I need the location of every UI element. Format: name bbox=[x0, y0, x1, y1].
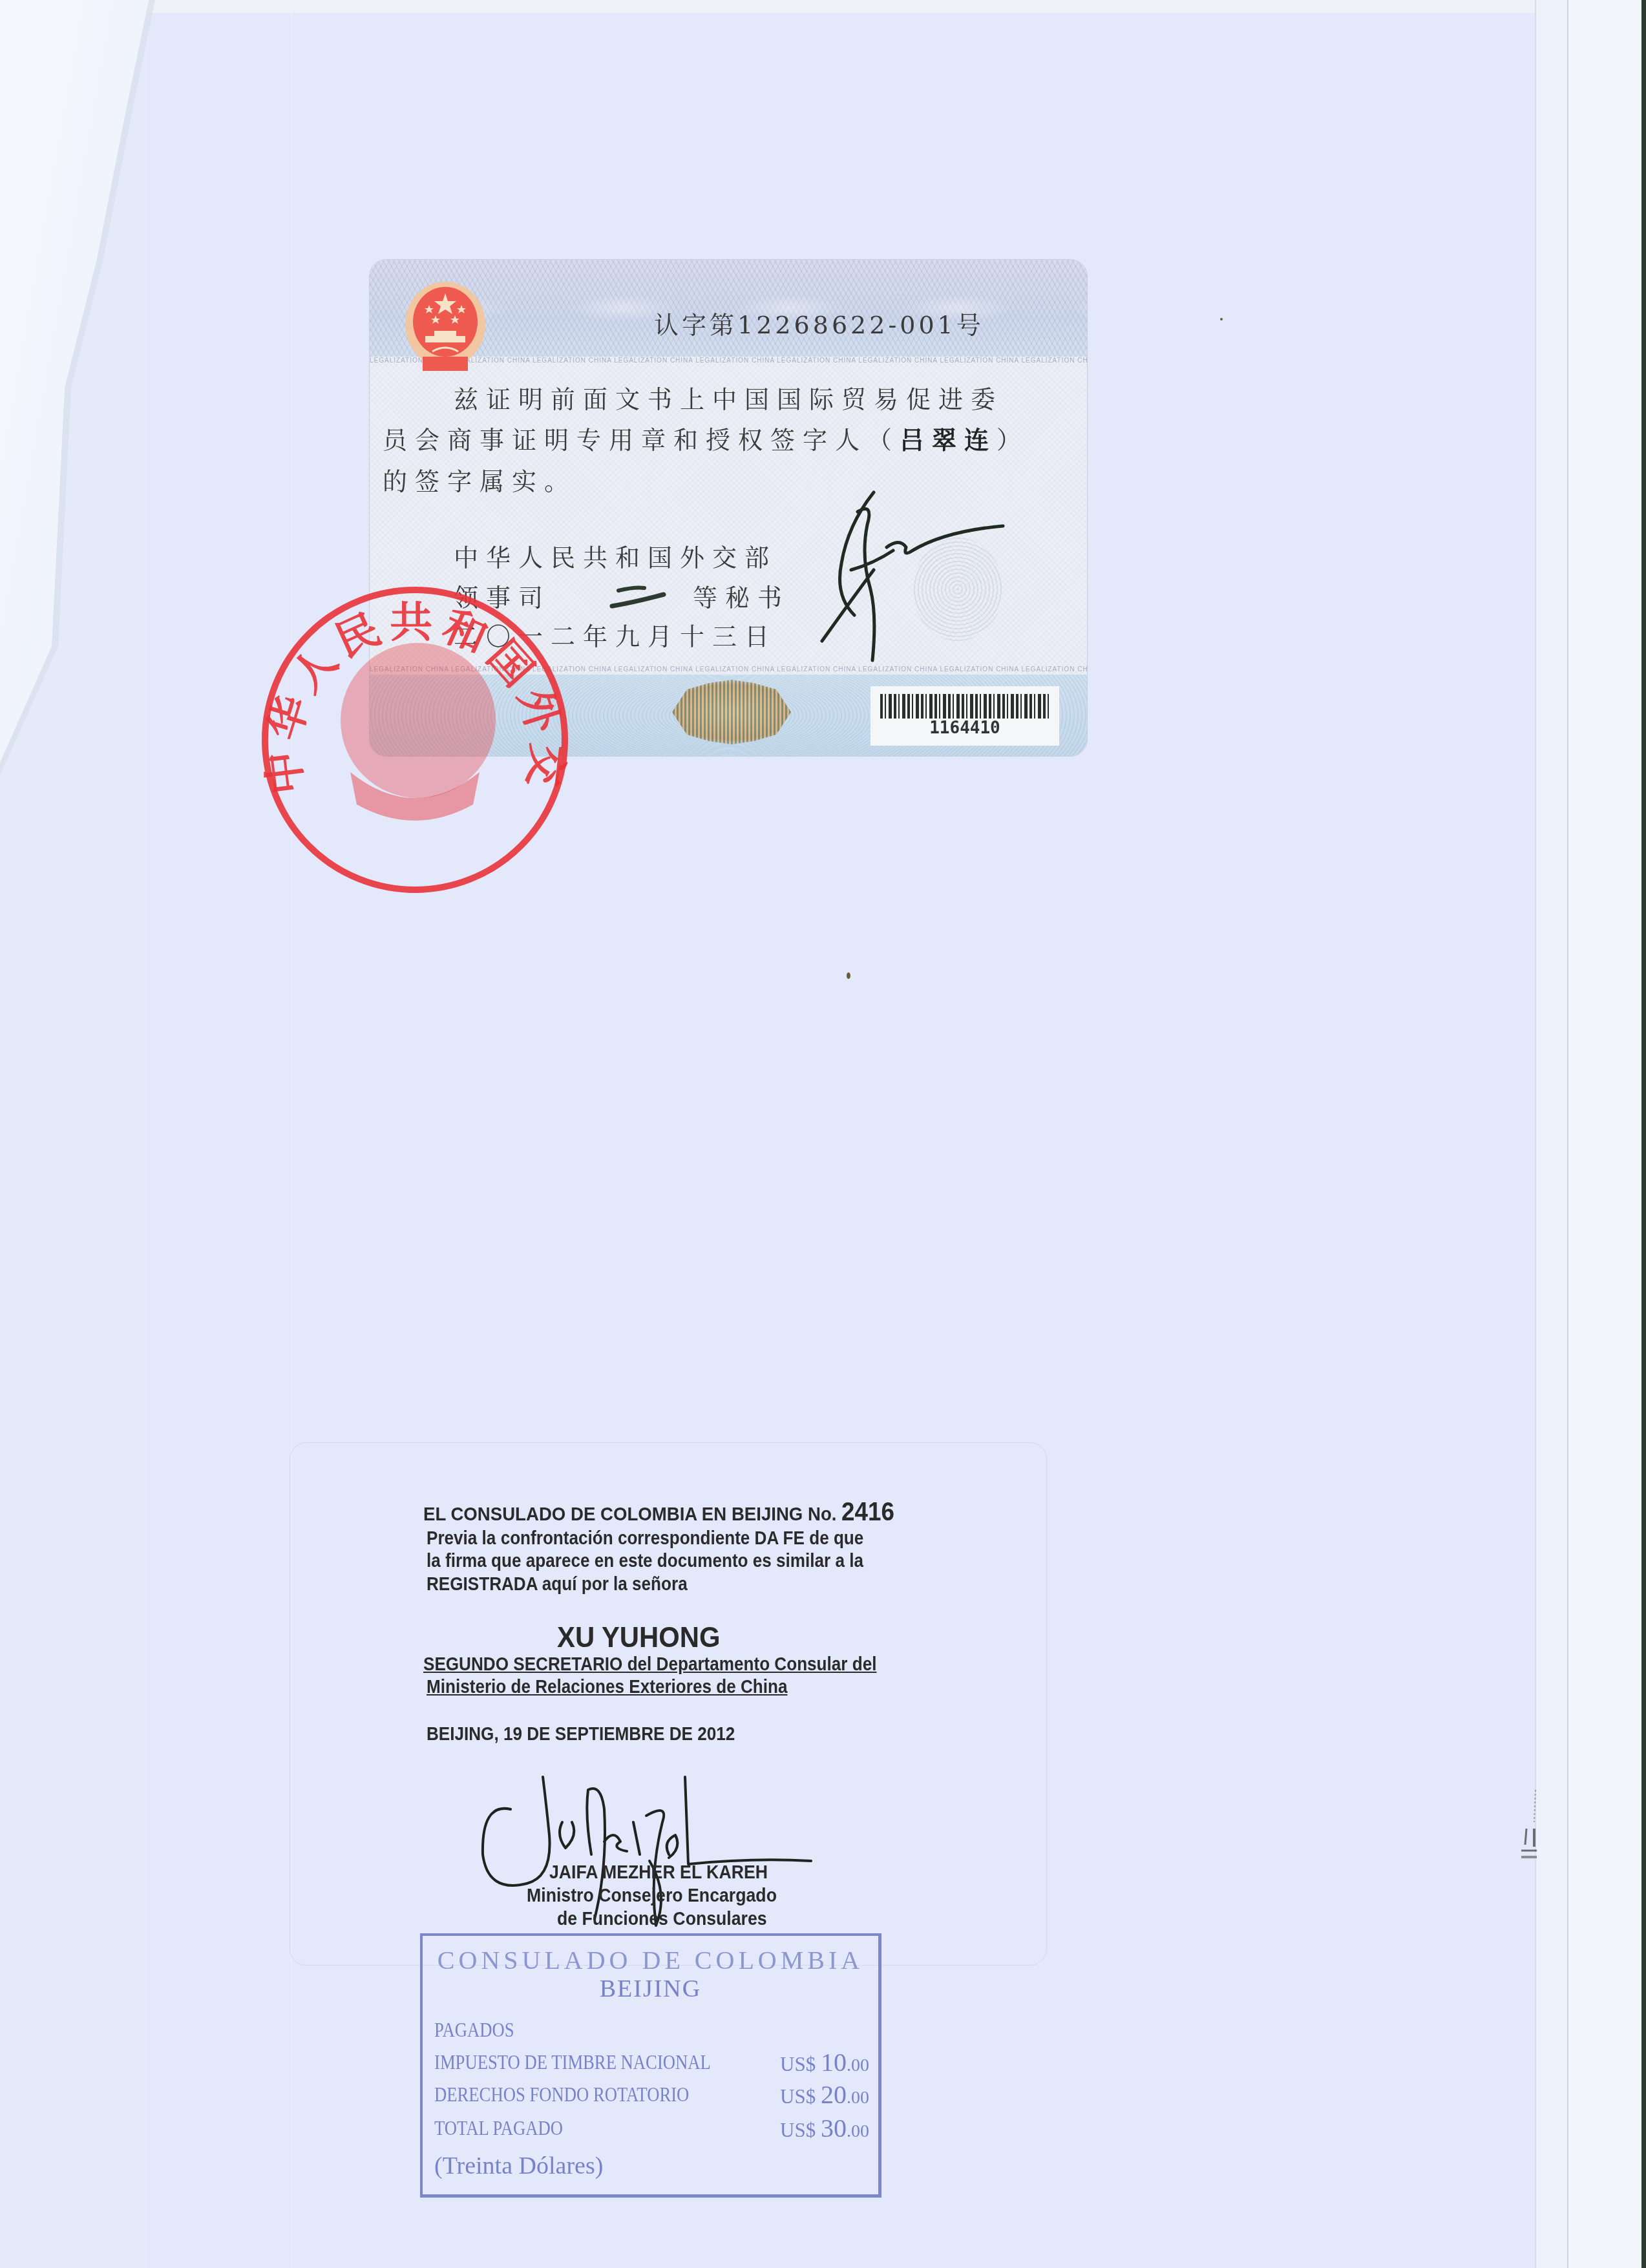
amount: 10 bbox=[821, 2048, 847, 2077]
edge-stamp-fragment bbox=[1517, 1783, 1537, 1861]
consul-title-line-1: Ministro Consejero Encargado bbox=[527, 1885, 777, 1907]
barcode-number: 1164410 bbox=[870, 719, 1059, 738]
currency: US$ bbox=[780, 2053, 816, 2075]
scanner-edge bbox=[1641, 0, 1646, 2268]
barcode-label: 1164410 bbox=[870, 686, 1059, 746]
cents: .00 bbox=[847, 2121, 869, 2141]
fee-row-amount: US$ 20.00 bbox=[780, 2079, 869, 2110]
certification-line-1: 兹证明前面文书上中国国际贸易促进委 bbox=[454, 379, 1003, 415]
official-rank: 等秘书 bbox=[693, 578, 790, 613]
consulate-header-text: EL CONSULADO DE COLOMBIA EN BEIJING No. bbox=[423, 1504, 836, 1525]
handwritten-rank-mark bbox=[609, 583, 667, 612]
certification-line-2: 员会商事证明专用章和授权签字人（吕翠连） bbox=[383, 420, 1029, 456]
signatory-name: 吕翠连 bbox=[900, 426, 997, 454]
fee-row-label: DERECHOS FONDO ROTATORIO bbox=[434, 2083, 689, 2106]
folded-page-corner bbox=[0, 0, 155, 775]
scan-speck bbox=[847, 972, 850, 979]
currency: US$ bbox=[780, 2085, 816, 2108]
scanner-background bbox=[0, 0, 1646, 14]
attestation-line-2: la firma que aparece en este documento e… bbox=[427, 1551, 863, 1572]
stamp-consulate-title: CONSULADO DE COLOMBIA bbox=[423, 1945, 878, 1975]
certification-line-3: 的签字属实。 bbox=[383, 461, 576, 497]
ministry-name: 中华人民共和国外交部 bbox=[454, 538, 777, 573]
attestation-line-3: REGISTRADA aquí por la señora bbox=[427, 1574, 688, 1595]
consulate-header: EL CONSULADO DE COLOMBIA EN BEIJING No. … bbox=[423, 1498, 894, 1527]
payment-stamp: CONSULADO DE COLOMBIA BEIJING PAGADOS IM… bbox=[420, 1933, 881, 2198]
official-title-line-1: SEGUNDO SECRETARIO del Departamento Cons… bbox=[423, 1654, 876, 1675]
fee-row-amount: US$ 10.00 bbox=[780, 2047, 869, 2077]
amount: 30 bbox=[821, 2114, 847, 2143]
underlying-page-edge bbox=[1535, 0, 1572, 2268]
place-and-date: BEIJING, 19 DE SEPTIEMBRE DE 2012 bbox=[427, 1724, 735, 1745]
close-paren: ） bbox=[997, 426, 1029, 454]
registered-official-name: XU YUHONG bbox=[557, 1622, 720, 1654]
stamp-paid-label: PAGADOS bbox=[434, 2019, 514, 2042]
total-row-amount: US$ 30.00 bbox=[780, 2113, 869, 2143]
cents: .00 bbox=[847, 2055, 869, 2075]
total-row-label: TOTAL PAGADO bbox=[434, 2117, 563, 2140]
currency: US$ bbox=[780, 2119, 816, 2141]
consul-title-line-2: de Funciones Consulares bbox=[557, 1909, 767, 1930]
amount: 20 bbox=[821, 2080, 847, 2109]
ministry-red-seal: 中华人民共和国外交部领事司 bbox=[253, 578, 576, 901]
scan-speck bbox=[1220, 318, 1223, 320]
legalization-number: 2416 bbox=[841, 1498, 894, 1526]
fee-row-label: IMPUESTO DE TIMBRE NACIONAL bbox=[434, 2051, 711, 2074]
national-emblem-icon bbox=[397, 274, 494, 377]
stamp-city: BEIJING bbox=[423, 1975, 878, 2003]
underlying-page-edge-2 bbox=[1567, 0, 1643, 2268]
attestation-line-1: Previa la confrontación correspondiente … bbox=[427, 1528, 863, 1549]
certificate-number: 认字第12268622-001号 bbox=[654, 305, 984, 341]
amount-in-words: (Treinta Dólares) bbox=[434, 2152, 603, 2180]
cents: .00 bbox=[847, 2088, 869, 2108]
barcode-icon bbox=[880, 694, 1050, 719]
official-title-line-2: Ministerio de Relaciones Exteriores de C… bbox=[427, 1677, 787, 1698]
official-signature bbox=[796, 486, 1009, 673]
consul-name: JAIFA MEZHER EL KAREH bbox=[549, 1862, 768, 1884]
certification-line-2-text: 员会商事证明专用章和授权签字人（ bbox=[383, 426, 900, 454]
